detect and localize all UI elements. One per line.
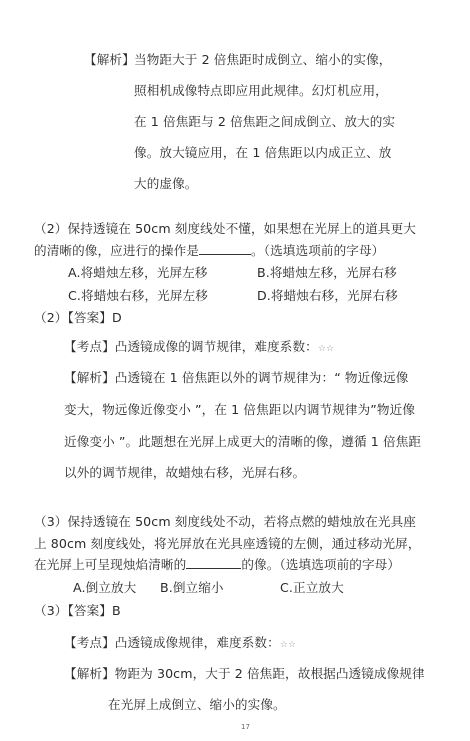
analysis-line: 像。放大镜应用，在 1 倍焦距以内成正立、放 <box>134 145 392 161</box>
q2-kaodian: 【考点】凸透镜成像的调节规律，难度系数：☆☆ <box>64 339 334 357</box>
q2-option-a: A.将蜡烛左移，光屏左移 <box>68 265 208 281</box>
q3-stem-line: 上 80cm 刻度线处，将光屏放在光具座透镜的左侧，通过移动光屏， <box>34 536 421 552</box>
q2-stem-line: 的清晰的像，应进行的操作是。（选填选项前的字母） <box>34 243 384 259</box>
analysis-line: 大的虚像。 <box>134 176 197 192</box>
q2-option-d: D.将蜡烛右移，光屏右移 <box>257 288 398 304</box>
q3-stem-text: 的像。（选填选项前的字母） <box>241 557 400 572</box>
q2-option-b: B.将蜡烛左移，光屏右移 <box>257 265 397 281</box>
q2-option-c: C.将蜡烛右移，光屏左移 <box>68 288 208 304</box>
kaodian-text: 【考点】凸透镜成像的调节规律，难度系数： <box>64 339 318 354</box>
q3-option-c: C.正立放大 <box>280 580 344 596</box>
q3-stem-line: 在光屏上可呈现烛焰清晰的的像。（选填选项前的字母） <box>34 557 400 573</box>
q3-analysis-line: 在光屏上成倒立、缩小的实像。 <box>108 697 286 713</box>
q2-stem-line: （2）保持透镜在 50cm 刻度线处不懂，如果想在光屏上的道具更大 <box>34 221 416 237</box>
q2-analysis-line: 【解析】凸透镜在 1 倍焦距以外的调节规律为：“ 物近像远像 <box>64 370 408 386</box>
answer-blank <box>186 557 241 569</box>
answer-blank <box>199 243 251 255</box>
q3-analysis-line: 【解析】物距为 30cm，大于 2 倍焦距，故根据凸透镜成像规律 <box>64 666 425 682</box>
analysis-line: 照相机成像特点即应用此规律。幻灯机应用， <box>134 83 388 99</box>
q3-kaodian: 【考点】凸透镜成像规律，难度系数：☆☆ <box>64 635 296 653</box>
q3-answer: （3）【答案】B <box>34 603 121 619</box>
difficulty-stars-icon: ☆☆ <box>280 640 296 650</box>
q3-stem-line: （3）保持透镜在 50cm 刻度线处不动，若将点燃的蜡烛放在光具座 <box>34 514 416 530</box>
q2-analysis-line: 变大，物远像近像变小 ”，在 1 倍焦距以内调节规律为”物近像 <box>64 402 415 418</box>
q3-option-a: A.倒立放大 <box>73 580 136 596</box>
q3-option-b: B.倒立缩小 <box>160 580 224 596</box>
q2-analysis-line: 以外的调节规律，故蜡烛右移，光屏右移。 <box>64 465 305 481</box>
q2-answer: （2）【答案】D <box>34 310 122 326</box>
page-number: 17 <box>241 723 250 731</box>
analysis-label: 【解析】 <box>84 52 135 68</box>
analysis-line: 当物距大于 2 倍焦距时成倒立、缩小的实像， <box>134 52 392 68</box>
q2-analysis-line: 近像变小 ”。此题想在光屏上成更大的清晰的像，遵循 1 倍焦距 <box>64 434 421 450</box>
q2-stem-text: 的清晰的像，应进行的操作是 <box>34 243 199 258</box>
difficulty-stars-icon: ☆☆ <box>318 344 334 354</box>
q3-stem-text: 在光屏上可呈现烛焰清晰的 <box>34 557 186 572</box>
q2-stem-text: 。（选填选项前的字母） <box>251 243 384 258</box>
analysis-line: 在 1 倍焦距与 2 倍焦距之间成倒立、放大的实 <box>134 114 395 130</box>
kaodian-text: 【考点】凸透镜成像规律，难度系数： <box>64 635 280 650</box>
